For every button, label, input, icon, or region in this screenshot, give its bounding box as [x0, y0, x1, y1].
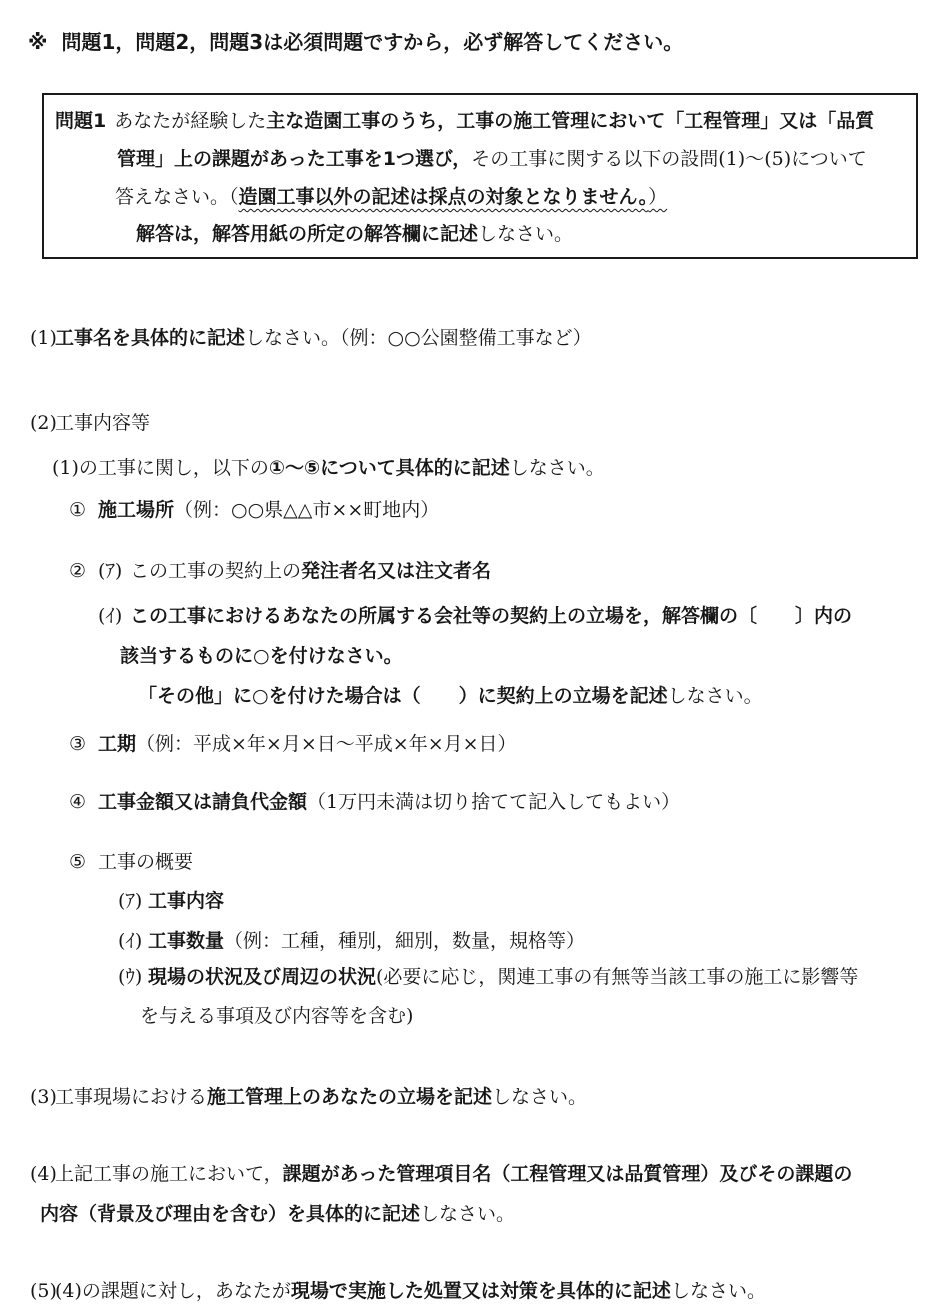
item-4: (4)上記工事の施工において，課題があった管理項目名（工程管理又は品質管理）及び…: [30, 1161, 852, 1189]
mandatory-note: ※問題1，問題2，問題3は必須問題ですから，必ず解答してください。: [28, 26, 683, 55]
sub-item-5-kana-b-text: 工事数量（例：工種，種別，細別，数量，規格等）: [148, 930, 585, 952]
sub-item-1-number: ①: [69, 497, 98, 525]
question1-line1: 問題1あなたが経験した主な造園工事のうち，工事の施工管理において「工程管理」又は…: [55, 108, 874, 135]
sub-item-2-kana-b: (ｲ)この工事におけるあなたの所属する会社等の契約上の立場を，解答欄の〔 〕内の: [98, 603, 852, 631]
item-2-number: (2): [30, 410, 55, 438]
sub-item-5-kana-c-label: (ｳ): [118, 964, 148, 992]
sub-item-2-kana-b-text-line2: 該当するものに○を付けなさい。: [120, 643, 403, 671]
question1-label: 問題1: [55, 110, 106, 132]
item-3: (3)工事現場における施工管理上のあなたの立場を記述しなさい。: [30, 1084, 587, 1112]
mandatory-note-text: 問題1，問題2，問題3は必須問題ですから，必ず解答してください。: [61, 30, 683, 54]
item-2-instruction: (1)の工事に関し，以下の①～⑤について具体的に記述しなさい。: [52, 455, 605, 483]
exam-page: ※問題1，問題2，問題3は必須問題ですから，必ず解答してください。 問題1あなた…: [0, 0, 944, 1316]
item-1: (1)工事名を具体的に記述しなさい。（例：○○公園整備工事など）: [30, 325, 592, 353]
sub-item-5-kana-a-text: 工事内容: [148, 890, 224, 912]
reference-mark: ※: [28, 30, 47, 54]
sub-item-5-title: 工事の概要: [98, 851, 193, 873]
item-5-number: (5): [30, 1278, 55, 1306]
item-3-number: (3): [30, 1084, 55, 1112]
sub-item-5-kana-c: (ｳ)現場の状況及び周辺の状況(必要に応じ，関連工事の有無等当該工事の施工に影響…: [118, 964, 858, 992]
sub-item-4-text: 工事金額又は請負代金額（1万円未満は切り捨てて記入してもよい）: [98, 791, 680, 813]
sub-item-4-number: ④: [69, 789, 98, 817]
item-4-number: (4): [30, 1161, 55, 1189]
sub-item-3-text: 工期（例：平成×年×月×日～平成×年×月×日）: [98, 733, 517, 755]
sub-item-1: ①施工場所（例：○○県△△市××町地内）: [69, 497, 439, 525]
sub-item-1-text: 施工場所（例：○○県△△市××町地内）: [98, 499, 439, 521]
sub-item-5: ⑤工事の概要: [69, 849, 193, 877]
question1-line3: 答えなさい。（造園工事以外の記述は採点の対象となりません。）: [115, 184, 667, 211]
question1-line4: 解答は，解答用紙の所定の解答欄に記述しなさい。: [136, 221, 573, 248]
item-3-text: 工事現場における施工管理上のあなたの立場を記述しなさい。: [55, 1086, 587, 1108]
sub-item-4: ④工事金額又は請負代金額（1万円未満は切り捨てて記入してもよい）: [69, 789, 680, 817]
sub-item-2-kana-a-text: この工事の契約上の発注者名又は注文者名: [130, 560, 491, 582]
sub-item-5-number: ⑤: [69, 849, 98, 877]
item-2: (2)工事内容等: [30, 410, 150, 438]
question1-line2: 管理」上の課題があった工事を1つ選び，その工事に関する以下の設問(1)～(5)に…: [117, 146, 867, 173]
item-1-text: 工事名を具体的に記述しなさい。（例：○○公園整備工事など）: [55, 327, 592, 349]
item-1-number: (1): [30, 325, 55, 353]
sub-item-5-kana-b: (ｲ)工事数量（例：工種，種別，細別，数量，規格等）: [118, 928, 585, 956]
sub-item-5-kana-c-text-line1: 現場の状況及び周辺の状況(必要に応じ，関連工事の有無等当該工事の施工に影響等: [148, 966, 858, 988]
sub-item-3: ③工期（例：平成×年×月×日～平成×年×月×日）: [69, 731, 517, 759]
sub-item-2: ②(ｱ)この工事の契約上の発注者名又は注文者名: [69, 558, 491, 586]
item-5-text: (4)の課題に対し，あなたが現場で実施した処置又は対策を具体的に記述しなさい。: [55, 1280, 766, 1302]
sub-item-3-number: ③: [69, 731, 98, 759]
item-4-text-line2: 内容（背景及び理由を含む）を具体的に記述しなさい。: [40, 1201, 515, 1229]
question1-box: 問題1あなたが経験した主な造園工事のうち，工事の施工管理において「工程管理」又は…: [42, 93, 918, 259]
sub-item-5-kana-c-text-line2: を与える事項及び内容等を含む): [140, 1003, 413, 1031]
sub-item-5-kana-b-label: (ｲ): [118, 928, 148, 956]
item-2-title: 工事内容等: [55, 412, 150, 434]
sub-item-2-kana-b-text-line3: 「その他」に○を付けた場合は（ ）に契約上の立場を記述しなさい。: [138, 683, 763, 711]
sub-item-2-kana-a-label: (ｱ): [98, 558, 130, 586]
sub-item-5-kana-a-label: (ｱ): [118, 888, 148, 916]
sub-item-2-number: ②: [69, 558, 98, 586]
item-4-text-line1: 上記工事の施工において，課題があった管理項目名（工程管理又は品質管理）及びその課…: [55, 1163, 852, 1185]
sub-item-2-kana-b-text-line1: この工事におけるあなたの所属する会社等の契約上の立場を，解答欄の〔 〕内の: [130, 605, 852, 627]
sub-item-2-kana-b-label: (ｲ): [98, 603, 130, 631]
question1-line1-text: あなたが経験した主な造園工事のうち，工事の施工管理において「工程管理」又は「品質: [114, 110, 874, 132]
sub-item-5-kana-a: (ｱ)工事内容: [118, 888, 224, 916]
item-5: (5)(4)の課題に対し，あなたが現場で実施した処置又は対策を具体的に記述しなさ…: [30, 1278, 766, 1306]
